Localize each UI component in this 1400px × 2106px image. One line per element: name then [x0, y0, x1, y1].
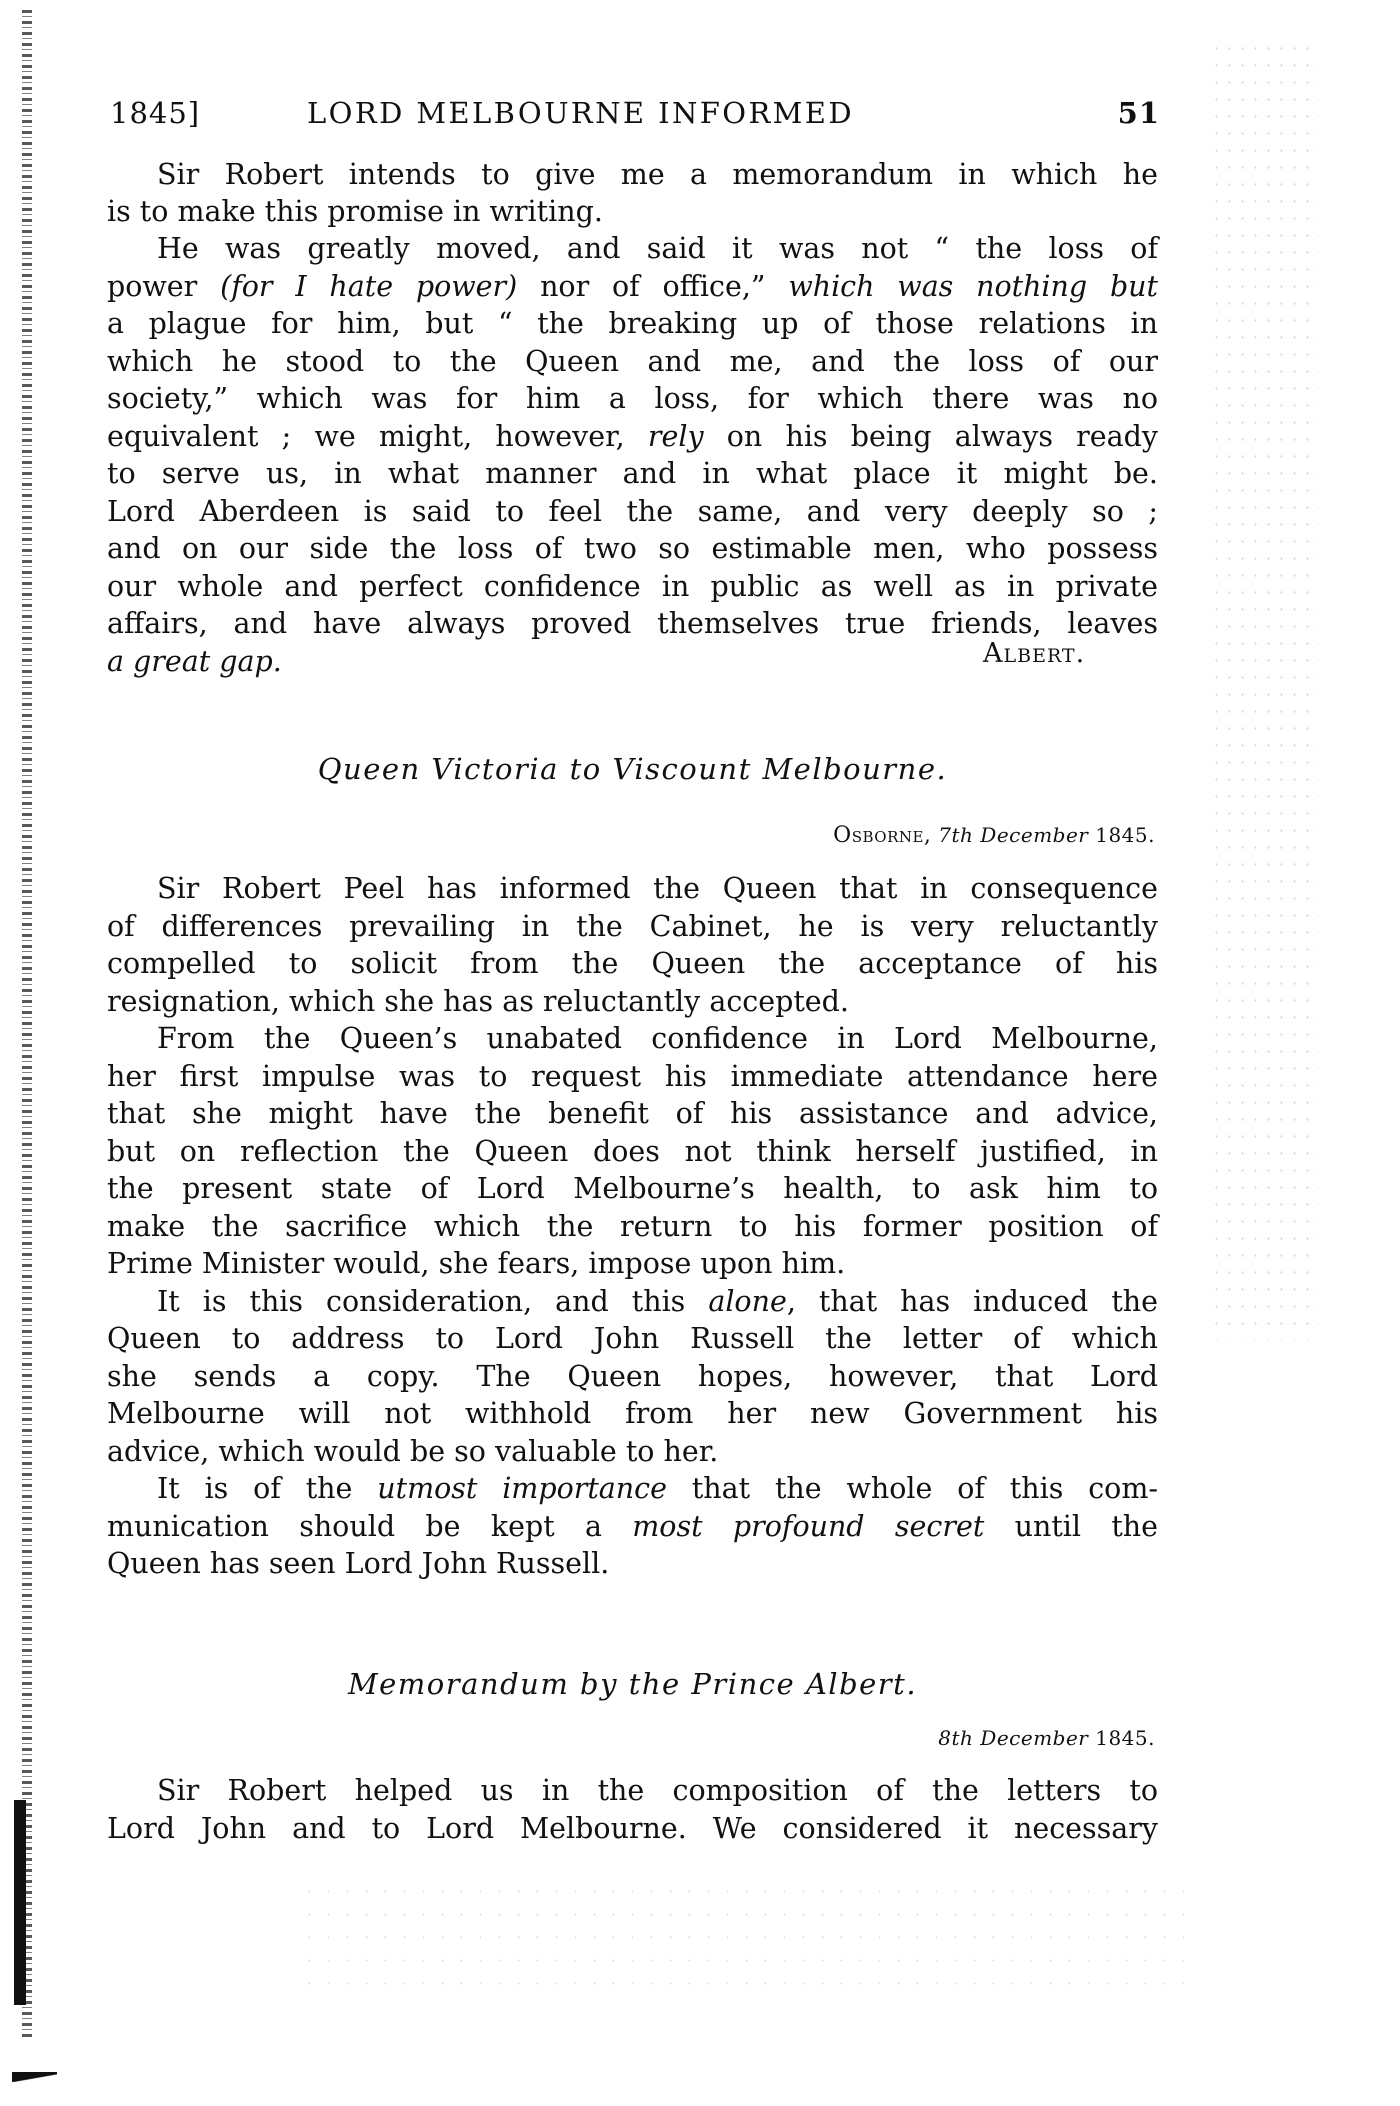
letter-dateline: Osborne, 7th December 1845.: [833, 823, 1155, 848]
text-line: He was greatly moved, and said it was no…: [157, 230, 1158, 267]
page-binding-shadow: [22, 10, 32, 2040]
text-run: He was greatly moved, and said it was no…: [157, 232, 1158, 265]
text-run: of differences prevailing in the Cabinet…: [107, 910, 1158, 943]
text-run: It is of the: [157, 1472, 377, 1505]
text-run: affairs, and have always proved themselv…: [107, 607, 1158, 640]
text-line: It is this consideration, and this alone…: [157, 1283, 1158, 1320]
italic-text: (for I hate power): [220, 270, 517, 303]
text-line: Queen to address to Lord John Russell th…: [107, 1320, 1158, 1357]
text-line: which he stood to the Queen and me, and …: [107, 343, 1158, 380]
letter-heading: Queen Victoria to Viscount Melbourne.: [107, 752, 1158, 786]
italic-text: utmost importance: [377, 1472, 667, 1505]
text-line: Sir Robert intends to give me a memorand…: [157, 156, 1158, 193]
text-run: advice, which would be so valuable to he…: [107, 1435, 718, 1468]
italic-text: which was nothing but: [788, 270, 1158, 303]
text-run: Lord John and to Lord Melbourne. We cons…: [107, 1812, 1158, 1845]
text-line: and on our side the loss of two so estim…: [107, 530, 1158, 567]
italic-text: most profound secret: [632, 1510, 984, 1543]
text-line: a plague for him, but “ the breaking up …: [107, 305, 1158, 342]
text-line: compelled to solicit from the Queen the …: [107, 945, 1158, 982]
text-line: is to make this promise in writing.: [107, 193, 1158, 230]
text-run: but on reflection the Queen does not thi…: [107, 1135, 1158, 1168]
text-run: From the Queen’s unabated confidence in …: [157, 1022, 1158, 1055]
dateline-date: 7th December: [938, 823, 1088, 847]
text-run: that the whole of this com-: [667, 1472, 1158, 1505]
text-line: Sir Robert helped us in the composition …: [157, 1772, 1158, 1809]
text-line: advice, which would be so valuable to he…: [107, 1433, 1158, 1470]
text-run: , that has induced the: [787, 1285, 1158, 1318]
text-line: Sir Robert Peel has informed the Queen t…: [157, 870, 1158, 907]
text-run: Queen has seen Lord John Russell.: [107, 1547, 609, 1580]
text-run: the present state of Lord Melbourne’s he…: [107, 1172, 1158, 1205]
text-line: Melbourne will not withhold from her new…: [107, 1395, 1158, 1432]
text-run: equivalent ; we might, however,: [107, 420, 648, 453]
text-line: affairs, and have always proved themselv…: [107, 605, 1158, 642]
text-run: Queen to address to Lord John Russell th…: [107, 1322, 1158, 1355]
text-line: Lord John and to Lord Melbourne. We cons…: [107, 1810, 1158, 1847]
scan-noise-right: [1210, 40, 1320, 1340]
text-line: Prime Minister would, she fears, impose …: [107, 1245, 1158, 1282]
text-run: nor of office,”: [517, 270, 788, 303]
text-run: and on our side the loss of two so estim…: [107, 532, 1158, 565]
text-run: resignation, which she has as reluctantl…: [107, 985, 849, 1018]
running-head-year: 1845]: [110, 96, 200, 130]
text-line: but on reflection the Queen does not thi…: [107, 1133, 1158, 1170]
dateline-year: 1845.: [1095, 1726, 1155, 1750]
text-line: From the Queen’s unabated confidence in …: [157, 1020, 1158, 1057]
scanned-book-page: 1845] LORD MELBOURNE INFORMED 51 Sir Rob…: [0, 0, 1400, 2106]
text-run: she sends a copy. The Queen hopes, howev…: [107, 1360, 1158, 1393]
italic-text: a great gap.: [107, 645, 282, 678]
text-line: make the sacrifice which the return to h…: [107, 1208, 1158, 1245]
dateline-place: Osborne,: [833, 823, 931, 848]
text-line: equivalent ; we might, however, rely on …: [107, 418, 1158, 455]
text-line: Queen has seen Lord John Russell.: [107, 1545, 1158, 1582]
text-run: power: [107, 270, 220, 303]
text-run: Lord Aberdeen is said to feel the same, …: [107, 495, 1158, 528]
text-line: her first impulse was to request his imm…: [107, 1058, 1158, 1095]
text-run: society,” which was for him a loss, for …: [107, 382, 1158, 415]
text-line: It is of the utmost importance that the …: [157, 1470, 1158, 1507]
page-number: 51: [1118, 96, 1160, 130]
dateline-year: 1845.: [1095, 823, 1155, 847]
page-binding-edge: [14, 1800, 26, 2005]
memorandum-heading: Memorandum by the Prince Albert.: [107, 1667, 1158, 1701]
text-run: which he stood to the Queen and me, and …: [107, 345, 1158, 378]
signature-albert: Albert.: [983, 638, 1085, 669]
text-run: is to make this promise in writing.: [107, 195, 603, 228]
italic-text: alone: [708, 1285, 787, 1318]
text-run: her first impulse was to request his imm…: [107, 1060, 1158, 1093]
text-line: power (for I hate power) nor of office,”…: [107, 268, 1158, 305]
text-line: Lord Aberdeen is said to feel the same, …: [107, 493, 1158, 530]
text-run: Prime Minister would, she fears, impose …: [107, 1247, 845, 1280]
text-run: compelled to solicit from the Queen the …: [107, 947, 1158, 980]
text-run: on his being always ready: [704, 420, 1158, 453]
italic-text: rely: [648, 420, 704, 453]
text-line: resignation, which she has as reluctantl…: [107, 983, 1158, 1020]
dateline-date: 8th December: [938, 1726, 1088, 1750]
text-run: to serve us, in what manner and in what …: [107, 457, 1158, 490]
page-corner-mark: [12, 2072, 57, 2082]
text-line: she sends a copy. The Queen hopes, howev…: [107, 1358, 1158, 1395]
text-line: the present state of Lord Melbourne’s he…: [107, 1170, 1158, 1207]
running-head-title: LORD MELBOURNE INFORMED: [307, 96, 854, 130]
text-line: of differences prevailing in the Cabinet…: [107, 908, 1158, 945]
text-line: to serve us, in what manner and in what …: [107, 455, 1158, 492]
text-run: that she might have the benefit of his a…: [107, 1097, 1158, 1130]
text-line: munication should be kept a most profoun…: [107, 1508, 1158, 1545]
text-run: Sir Robert helped us in the composition …: [157, 1774, 1158, 1807]
text-line: society,” which was for him a loss, for …: [107, 380, 1158, 417]
running-head: 1845] LORD MELBOURNE INFORMED 51: [110, 96, 1160, 136]
text-run: Sir Robert intends to give me a memorand…: [157, 158, 1158, 191]
memorandum-dateline: 8th December 1845.: [938, 1726, 1155, 1750]
text-run: munication should be kept a: [107, 1510, 632, 1543]
text-run: make the sacrifice which the return to h…: [107, 1210, 1158, 1243]
text-run: It is this consideration, and this: [157, 1285, 708, 1318]
text-run: Melbourne will not withhold from her new…: [107, 1397, 1158, 1430]
text-run: until the: [984, 1510, 1158, 1543]
text-run: a plague for him, but “ the breaking up …: [107, 307, 1158, 340]
text-run: Sir Robert Peel has informed the Queen t…: [157, 872, 1158, 905]
text-run: our whole and perfect confidence in publ…: [107, 570, 1158, 603]
text-line: our whole and perfect confidence in publ…: [107, 568, 1158, 605]
scan-noise-bottom: [300, 1880, 1200, 2000]
text-line: that she might have the benefit of his a…: [107, 1095, 1158, 1132]
